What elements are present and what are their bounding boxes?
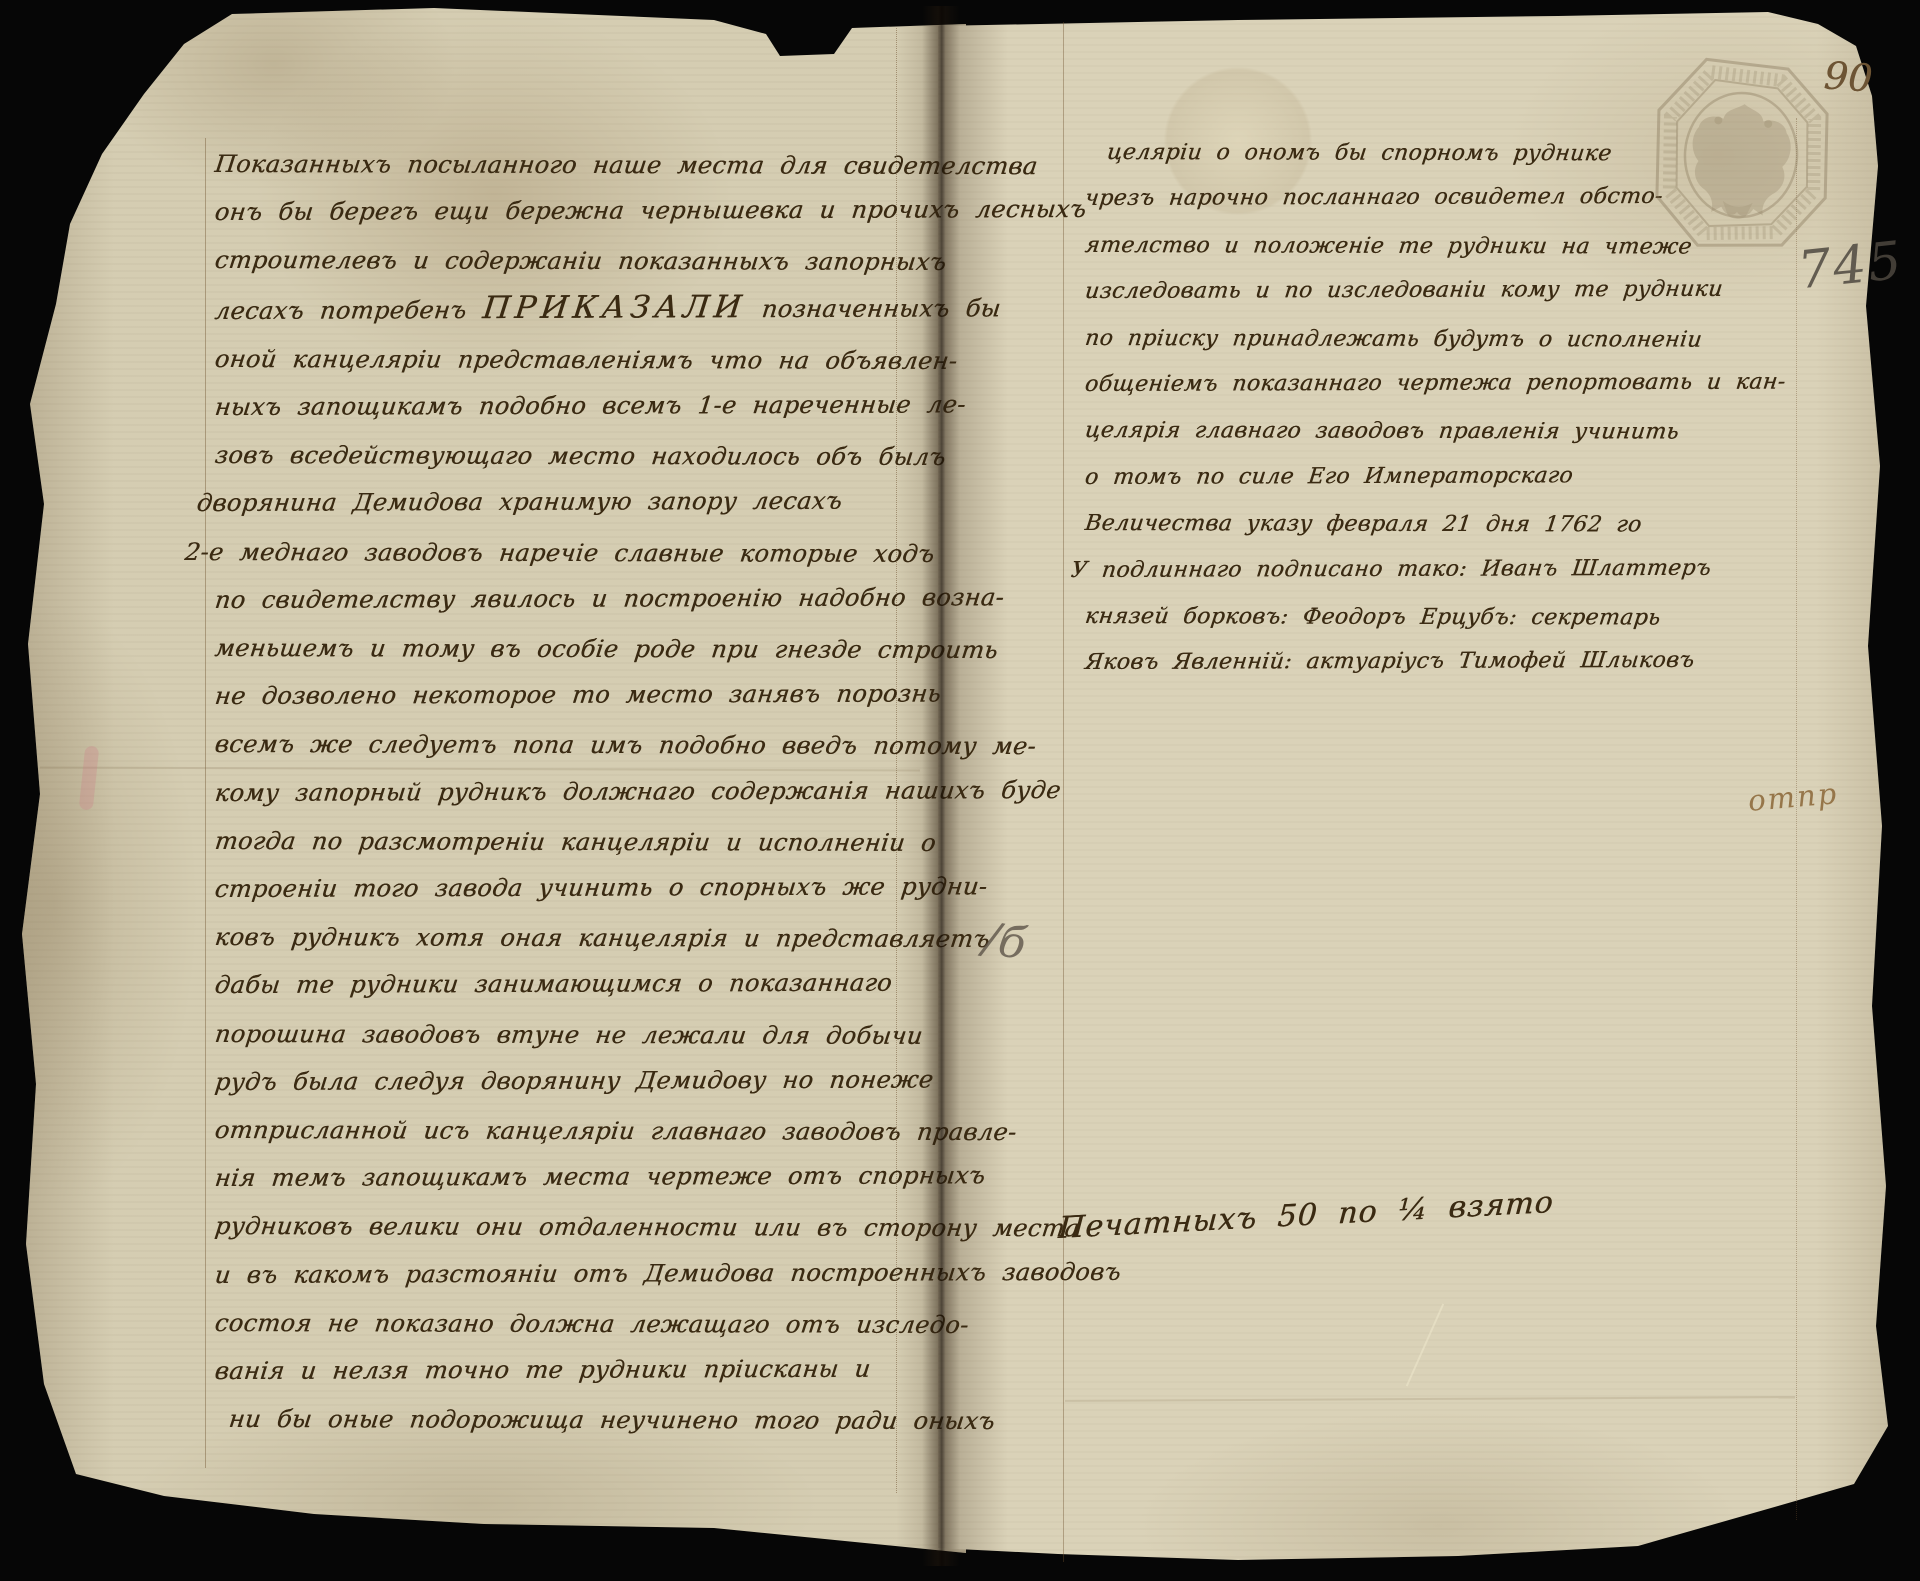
manuscript-line: ятелство и положеніе те рудники на чтеже (1082, 223, 1538, 271)
line-text: позначенныхъ бы (744, 294, 1002, 323)
manuscript-line: о томъ по силе Его Императорскаго (1082, 453, 1538, 501)
manuscript-scan: Показанныхъ посыланного наше места для с… (0, 0, 1920, 1581)
manuscript-line: не дозволено некоторое то место занявъ п… (212, 670, 908, 721)
manuscript-line: ни бы оные подорожища неучинено того рад… (226, 1395, 908, 1445)
manuscript-line: ныхъ запощикамъ подобно всемъ 1-е нарече… (212, 381, 908, 432)
right-page-margin-rule-left (1063, 22, 1064, 1562)
manuscript-line: чрезъ нарочно посланнаго освидетел обсто… (1082, 175, 1538, 223)
manuscript-line: 2-е меднаго заводовъ нарeчіе славные кот… (182, 528, 908, 578)
left-page-margin-rule-left (205, 138, 206, 1468)
manuscript-line: строеніи того завода учинить о спорныхъ … (212, 863, 908, 914)
manuscript-line: онъ бы берегъ ещи бережна чернышевка и п… (212, 186, 908, 237)
left-page-text-block: Показанныхъ посыланного наше места для с… (215, 140, 905, 1443)
manuscript-line: общеніемъ показаннаго чертежа репортоват… (1082, 360, 1538, 408)
manuscript-line: Яковъ Явленній: актуаріусъ Тимофей Шлыко… (1082, 639, 1538, 687)
manuscript-line: У подлиннаго подписано тако: Иванъ Шлатт… (1068, 546, 1538, 594)
manuscript-line: порошина заводовъ втуне не лежали для до… (212, 1010, 908, 1060)
manuscript-line: Показанныхъ посыланного наше места для с… (212, 140, 908, 190)
manuscript-line: кому запорный рудникъ должнаго содержані… (212, 766, 908, 817)
octagonal-embossed-eagle-stamp-icon (1639, 46, 1843, 265)
manuscript-line: рудъ была следуя дворянину Демидову но п… (212, 1055, 908, 1106)
manuscript-line: по пріиску принадлежать будутъ о исполне… (1082, 316, 1538, 364)
gutter-pencil-mark: /б (980, 913, 1030, 970)
center-fold-shadow (922, 6, 960, 1566)
manuscript-line: и въ какомъ разстояніи отъ Демидова пост… (212, 1248, 908, 1299)
manuscript-line: дворянина Демидова хранимую запору лесах… (194, 477, 908, 528)
manuscript-line: тогда по разсмотреніи канцеляріи и испол… (212, 817, 908, 867)
manuscript-line: изследовать и по изследованіи кому те ру… (1082, 268, 1538, 316)
manuscript-line: зовъ вседействующаго место находилось об… (212, 431, 908, 481)
archive-number-pencil: 745 (1795, 231, 1906, 302)
manuscript-line: Величества указу февраля 21 дня 1762 го (1082, 501, 1538, 549)
folio-number-ink: 90 (1823, 53, 1874, 100)
line-text: лесахъ потребенъ (213, 296, 484, 325)
manuscript-line: строителевъ и содержаніи показанныхъ зап… (212, 236, 908, 286)
manuscript-line: ванія и нелзя точно те рудники пріисканы… (212, 1345, 908, 1396)
right-page-text-block: целяріи о ономъ бы спорномъ руднике чрез… (1085, 130, 1535, 687)
manuscript-line: всемъ же следуетъ попа имъ подобно введъ… (212, 720, 908, 770)
manuscript-line-with-emphasis: лесахъ потребенъ ПРИКАЗАЛИ позначенныхъ … (212, 282, 908, 335)
manuscript-line: дабы те рудники занимающимся о показанна… (212, 959, 908, 1010)
manuscript-line: ковъ рудникъ хотя оная канцелярія и пред… (212, 913, 908, 963)
manuscript-line: по свидетелству явилось и построенію над… (212, 573, 908, 624)
manuscript-line: целярія главнаго заводовъ правленія учин… (1082, 408, 1538, 456)
manuscript-line: князей борковъ: Феодоръ Ерцубъ: секретар… (1082, 594, 1538, 642)
manuscript-line: состоя не показано должна лежащаго отъ и… (212, 1299, 908, 1349)
manuscript-line: оной канцеляріи представленіямъ что на о… (212, 335, 908, 385)
manuscript-line: отприсланной исъ канцеляріи главнаго зав… (212, 1106, 908, 1156)
manuscript-line: нія темъ запощикамъ места чертеже отъ сп… (212, 1152, 908, 1203)
manuscript-line: рудниковъ велики они отдаленности или въ… (212, 1202, 908, 1252)
manuscript-line: меньшемъ и тому въ особіе роде при гнезд… (212, 624, 908, 674)
emphasized-word: ПРИКАЗАЛИ (481, 289, 748, 326)
manuscript-line: целяріи о ономъ бы спорномъ руднике (1104, 130, 1538, 178)
right-page-margin-rule-right (1796, 118, 1797, 1520)
